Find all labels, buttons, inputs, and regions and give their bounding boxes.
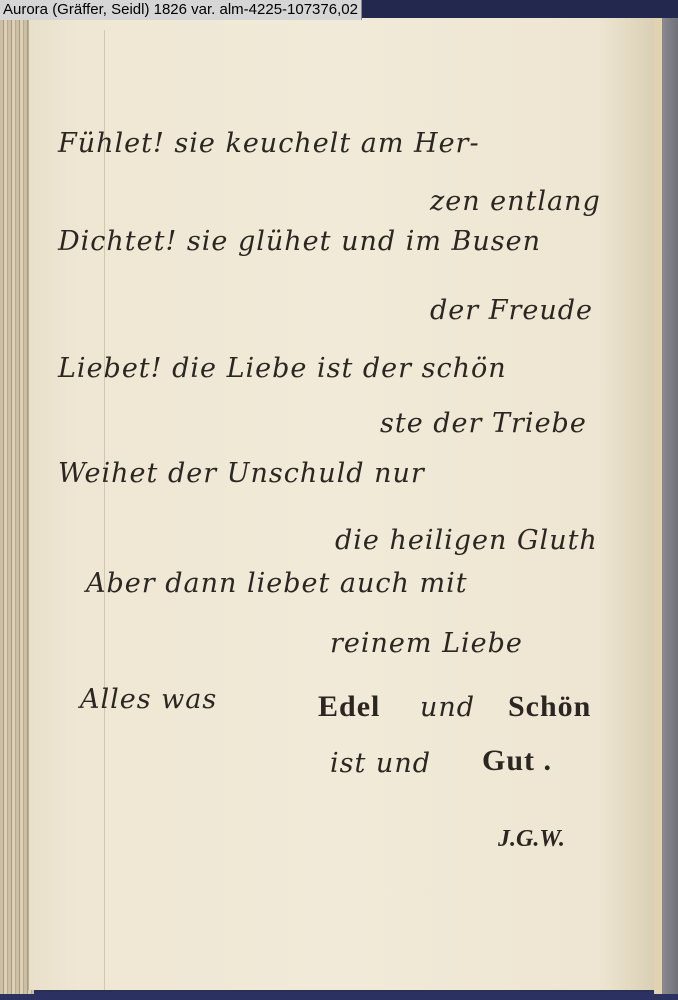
manuscript-line: zen entlang (430, 186, 601, 217)
manuscript-line: die heiligen Gluth (335, 525, 598, 556)
manuscript-line: der Freude (430, 295, 593, 326)
book-cover-bottom (0, 992, 678, 1000)
manuscript-line: ste der Triebe (380, 408, 587, 439)
manuscript-line: Dichtet! sie glühet und im Busen (58, 226, 541, 257)
manuscript-line: Fühlet! sie keuchelt am Her- (58, 128, 480, 159)
signature: J.G.W. (498, 826, 565, 853)
manuscript-line: reinem Liebe (330, 628, 523, 659)
margin-line (104, 30, 105, 990)
manuscript-page (28, 18, 661, 990)
page-gutter-right (654, 18, 662, 994)
manuscript-line: Weihet der Unschuld nur (58, 458, 425, 489)
manuscript-word: und (420, 692, 475, 723)
manuscript-line: Liebet! die Liebe ist der schön (58, 353, 507, 384)
image-caption: Aurora (Gräffer, Seidl) 1826 var. alm-42… (0, 0, 362, 20)
emphasized-word: Edel (318, 690, 380, 724)
manuscript-line: Alles was (80, 684, 217, 715)
manuscript-line: Aber dann liebet auch mit (86, 568, 468, 599)
emphasized-word: Schön (508, 690, 591, 724)
book-cover-right (660, 18, 678, 994)
manuscript-line: ist und (330, 748, 431, 779)
emphasized-word: Gut . (482, 744, 552, 778)
